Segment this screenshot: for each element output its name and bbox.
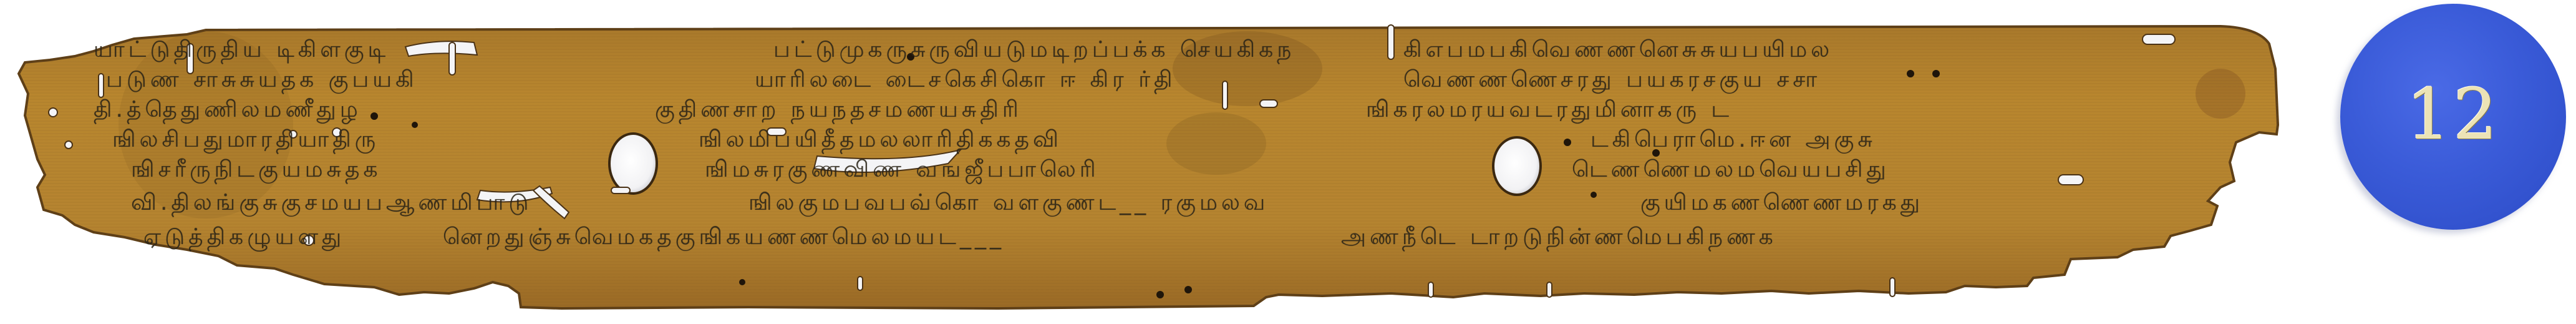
leaf-number-label: 12 bbox=[2340, 77, 2566, 152]
manuscript-scene: யாட்டுதிருதிய டிகிளகுடி பட்டுமுகருசுருவி… bbox=[0, 0, 2576, 324]
binding-hole-left bbox=[608, 132, 658, 195]
palm-leaf bbox=[0, 0, 2576, 324]
binding-hole-right bbox=[1492, 136, 1542, 196]
leaf-number-tag: 12 bbox=[2340, 4, 2566, 230]
